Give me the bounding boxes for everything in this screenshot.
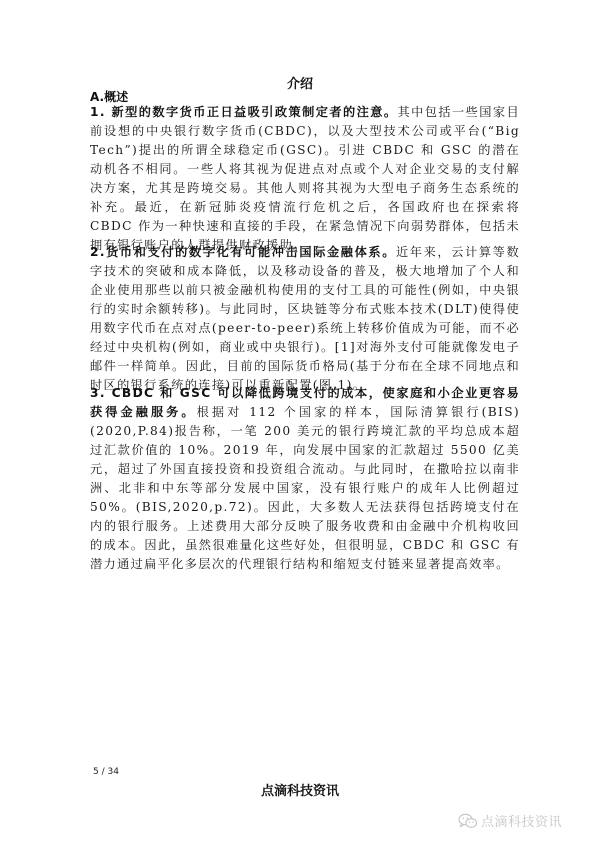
page-number: 5 / 34 [93,767,119,777]
paragraph-body: 近年来，云计算等数字技术的突破和成本降低，以及移动设备的普及，极大地增加了个人和… [90,245,520,392]
footer-brand: 点滴科技资讯 [0,780,600,799]
paragraph-body: 根据对 112 个国家的样本，国际清算银行(BIS)(2020,P.84)报告称… [90,405,520,571]
paragraph-lead: 1. 新型的数字货币正日益吸引政策制定者的注意。 [90,105,398,119]
paragraph-lead: 2.货币和支付的数字化有可能冲击国际金融体系。 [90,245,396,259]
wechat-icon [458,813,478,829]
paragraph-2: 2.货币和支付的数字化有可能冲击国际金融体系。近年来，云计算等数字技术的突破和成… [90,243,520,395]
paragraph-1: 1. 新型的数字货币正日益吸引政策制定者的注意。其中包括一些国家目前设想的中央银… [90,103,520,255]
watermark: 点滴科技资讯 [458,811,562,830]
paragraph-body: 其中包括一些国家目前设想的中央银行数字货币(CBDC)，以及大型技术公司或平台(… [90,105,520,252]
watermark-text: 点滴科技资讯 [481,811,562,830]
paragraph-3: 3. CBDC 和 GSC 可以降低跨境支付的成本，使家庭和小企业更容易获得金融… [90,384,520,574]
